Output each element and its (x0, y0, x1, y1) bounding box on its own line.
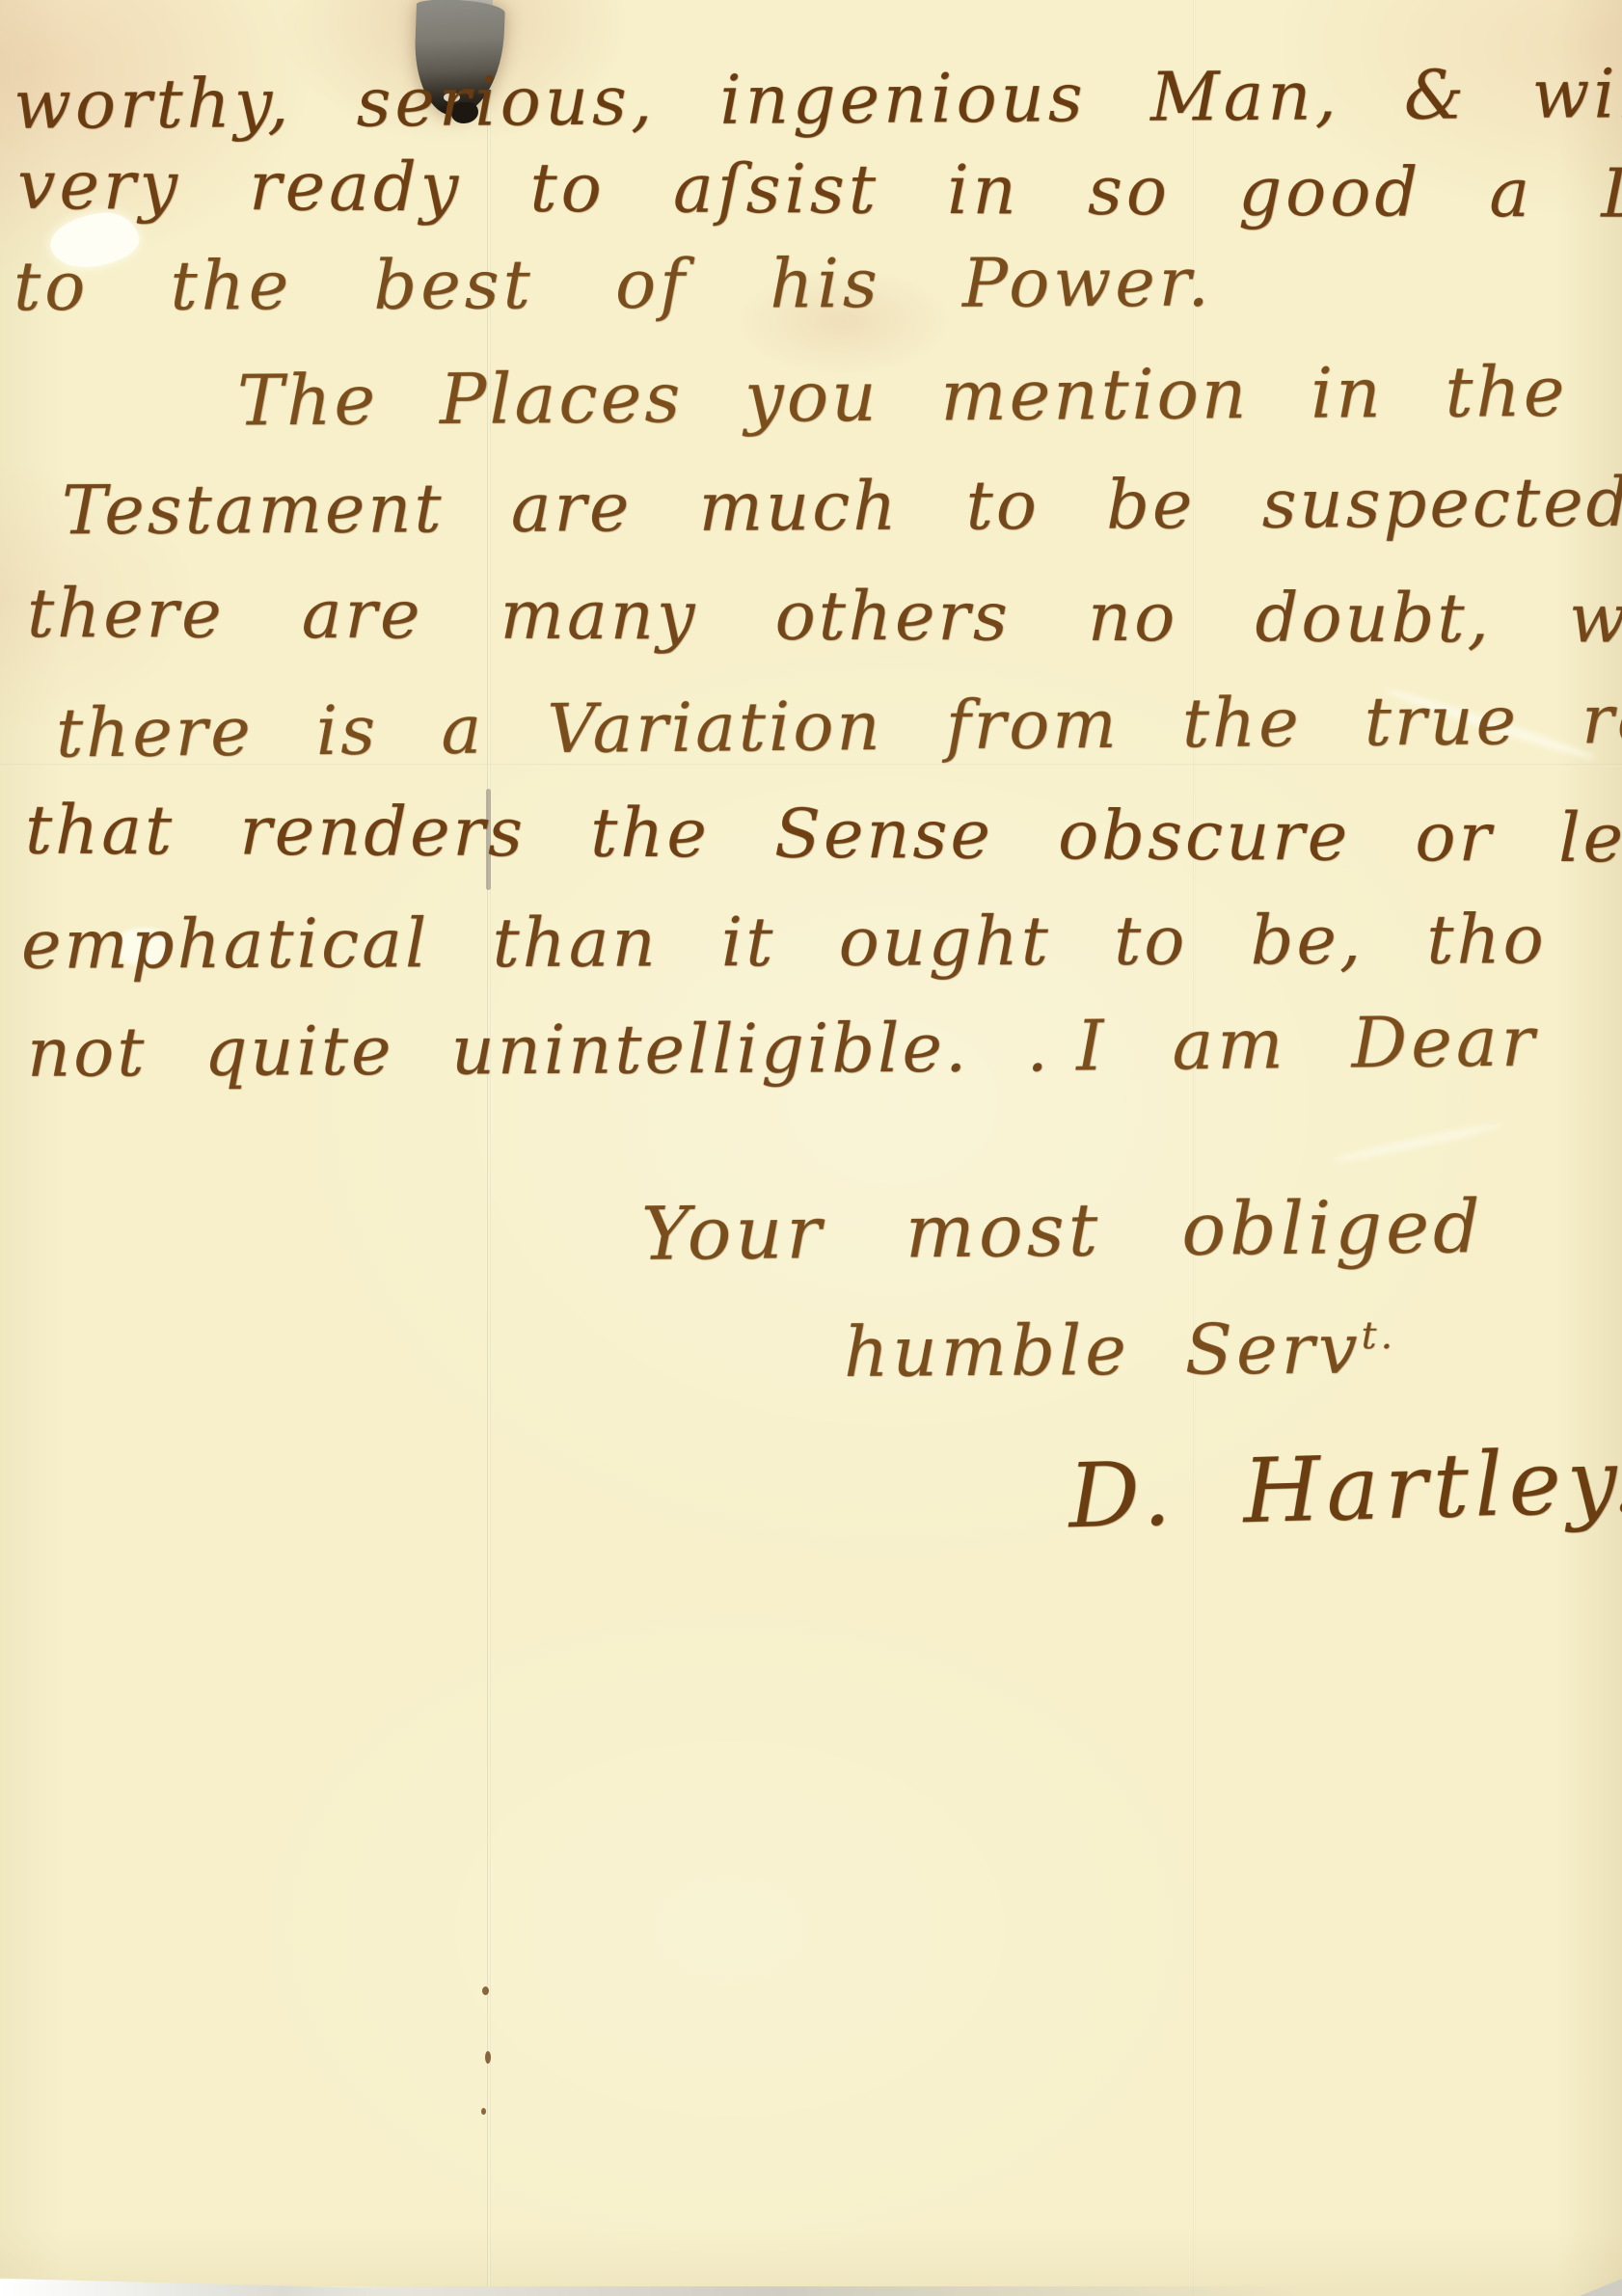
ink-speck (481, 2108, 486, 2115)
letter-line-10: not quite unintelligible. . (27, 1013, 1051, 1087)
fold-crease-vertical-right (1193, 0, 1196, 2296)
letter-line-5: Testament are much to be suspected, (62, 469, 1622, 545)
valediction-line-2: humble Servt. (844, 1313, 1397, 1387)
letter-line-7: there is a Variation from the true rea (56, 686, 1622, 768)
valediction-line-1: Your most obliged (641, 1190, 1484, 1271)
letter-page: worthy, serious, ingenious Man, & will v… (0, 0, 1622, 2296)
scanner-edge-bottom-left (0, 2271, 405, 2296)
ink-speck (485, 2051, 491, 2064)
valediction-superscript: t. (1361, 1313, 1396, 1358)
letter-line-9: emphatical than it ought to be, tho (21, 905, 1547, 979)
letter-line-2: very ready to aſsist in so good a Design (17, 151, 1622, 229)
letter-closing-phrase: I am Dear (1076, 1006, 1539, 1080)
paper-wrinkle-highlight (1332, 1120, 1503, 1165)
signature: D. Hartley. (1068, 1437, 1622, 1542)
scanner-edge-corner (1580, 2279, 1622, 2296)
fold-crease-vertical-left (487, 0, 491, 2296)
letter-line-3: to the best of his Power. (14, 249, 1213, 320)
letter-line-4: The Places you mention in the old (237, 356, 1622, 436)
letter-line-1: worthy, serious, ingenious Man, & will (14, 60, 1622, 139)
valediction-line-2-word: humble Serv (844, 1308, 1362, 1392)
letter-line-6: there are many others no doubt, wh (27, 580, 1622, 653)
ink-speck (482, 1986, 489, 1995)
letter-line-8: that renders the Sense obscure or les (25, 797, 1622, 873)
